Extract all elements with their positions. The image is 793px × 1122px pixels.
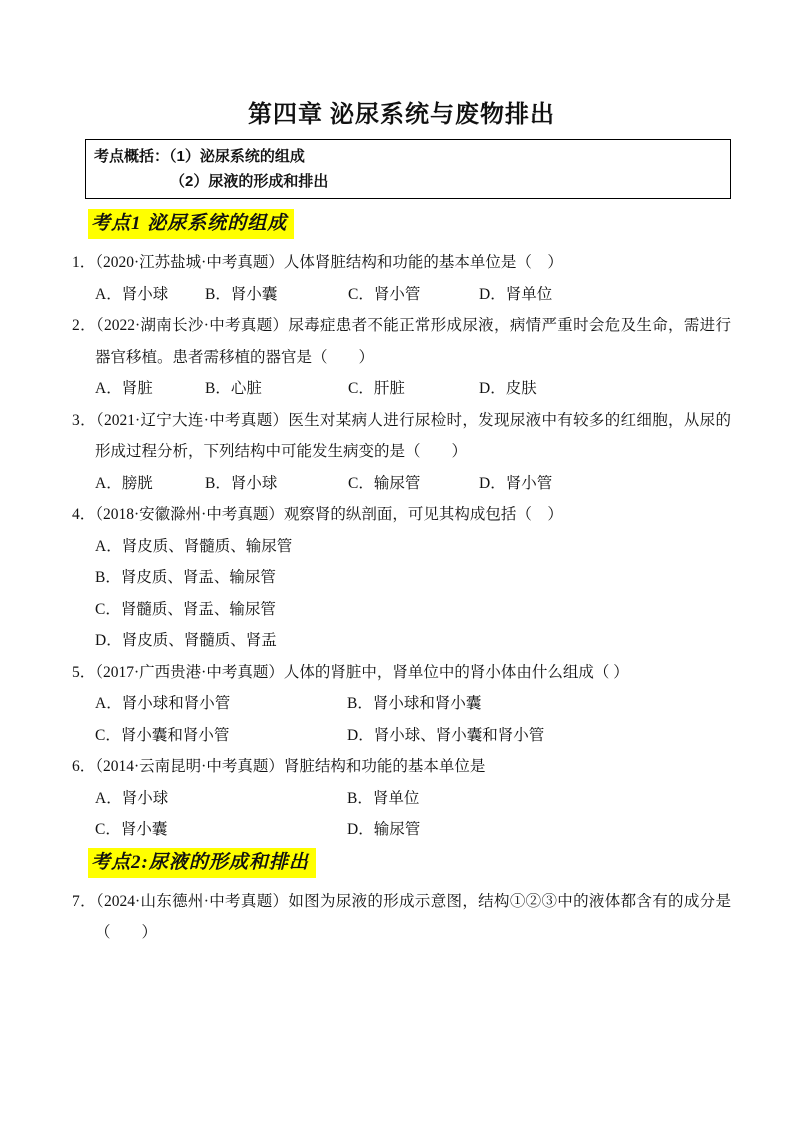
question-number: 2． <box>72 317 96 334</box>
section-heading-1: 考点1 泌尿系统的组成 <box>88 209 294 239</box>
question-number: 4． <box>72 506 95 523</box>
question-stem: 5．（2017·广西贵港·中考真题）人体的肾脏中，肾单位中的肾小体由什么组成（ … <box>72 657 731 689</box>
question-2: 2．（2022·湖南长沙·中考真题）尿毒症患者不能正常形成尿液，病情严重时会危及… <box>72 310 731 405</box>
option-a: A．肾小球和肾小管 <box>95 688 347 720</box>
question-stem: 1．（2020·江苏盐城·中考真题）人体肾脏结构和功能的基本单位是（ ） <box>72 247 731 279</box>
question-options: A．肾皮质、肾髓质、输尿管 B．肾皮质、肾盂、输尿管 C．肾髓质、肾盂、输尿管 … <box>95 531 731 657</box>
option-b: B．肾小球 <box>205 468 348 500</box>
summary-item-1: （1）泌尿系统的组成 <box>169 148 305 165</box>
option-c: C．肾髓质、肾盂、输尿管 <box>95 594 731 626</box>
question-6: 6．（2014·云南昆明·中考真题）肾脏结构和功能的基本单位是 A．肾小球 B．… <box>72 751 731 846</box>
question-list: 1．（2020·江苏盐城·中考真题）人体肾脏结构和功能的基本单位是（ ） A．肾… <box>72 247 731 846</box>
option-a: A．肾脏 <box>95 373 205 405</box>
question-4: 4．（2018·安徽滁州·中考真题）观察肾的纵剖面，可见其构成包括（ ） A．肾… <box>72 499 731 657</box>
page-content: 第四章 泌尿系统与废物排出 考点概括：（1）泌尿系统的组成 （2）尿液的形成和排… <box>0 0 793 949</box>
option-a: A．肾小球 <box>95 279 205 311</box>
option-d: D．输尿管 <box>347 814 731 846</box>
section-2: 考点2:尿液的形成和排出 <box>72 848 731 878</box>
option-a: A．肾小球 <box>95 783 347 815</box>
option-c: C．肝脏 <box>348 373 479 405</box>
question-options: A．肾小球和肾小管 B．肾小球和肾小囊 C．肾小囊和肾小管 D．肾小球、肾小囊和… <box>95 688 731 751</box>
question-stem: 7．（2024·山东德州·中考真题）如图为尿液的形成示意图，结构①②③中的液体都… <box>72 886 731 949</box>
question-text: （2020·江苏盐城·中考真题）人体肾脏结构和功能的基本单位是（ ） <box>95 254 563 271</box>
question-7: 7．（2024·山东德州·中考真题）如图为尿液的形成示意图，结构①②③中的液体都… <box>72 886 731 949</box>
document-page: 第四章 泌尿系统与废物排出 考点概括：（1）泌尿系统的组成 （2）尿液的形成和排… <box>0 0 793 1122</box>
question-number: 5． <box>72 664 95 681</box>
option-a: A．膀胱 <box>95 468 205 500</box>
question-options: A．肾小球 B．肾小囊 C．肾小管 D．肾单位 <box>95 279 731 311</box>
question-options: A．肾脏 B．心脏 C．肝脏 D．皮肤 <box>95 373 731 405</box>
question-5: 5．（2017·广西贵港·中考真题）人体的肾脏中，肾单位中的肾小体由什么组成（ … <box>72 657 731 752</box>
option-b: B．肾皮质、肾盂、输尿管 <box>95 562 731 594</box>
question-text: （2014·云南昆明·中考真题）肾脏结构和功能的基本单位是 <box>95 758 485 775</box>
option-b: B．心脏 <box>205 373 348 405</box>
option-d: D．肾小管 <box>479 468 731 500</box>
option-d: D．皮肤 <box>479 373 731 405</box>
option-b: B．肾小囊 <box>205 279 348 311</box>
question-options: A．肾小球 B．肾单位 C．肾小囊 D．输尿管 <box>95 783 731 846</box>
question-text: （2021·辽宁大连·中考真题）医生对某病人进行尿检时，发现尿液中有较多的红细胞… <box>95 412 731 461</box>
question-text: （2017·广西贵港·中考真题）人体的肾脏中，肾单位中的肾小体由什么组成（ ） <box>95 664 628 681</box>
question-number: 1． <box>72 254 95 271</box>
option-c: C．输尿管 <box>348 468 479 500</box>
question-number: 3． <box>72 412 96 429</box>
section-1: 考点1 泌尿系统的组成 <box>72 209 731 239</box>
summary-item-2: （2）尿液的形成和排出 <box>170 173 328 190</box>
summary-box: 考点概括：（1）泌尿系统的组成 （2）尿液的形成和排出 <box>85 139 731 199</box>
option-d: D．肾皮质、肾髓质、肾盂 <box>95 625 731 657</box>
question-stem: 2．（2022·湖南长沙·中考真题）尿毒症患者不能正常形成尿液，病情严重时会危及… <box>72 310 731 373</box>
option-c: C．肾小囊 <box>95 814 347 846</box>
option-b: B．肾小球和肾小囊 <box>347 688 731 720</box>
summary-label: 考点概括： <box>94 148 169 165</box>
option-d: D．肾小球、肾小囊和肾小管 <box>347 720 731 752</box>
question-text: （2018·安徽滁州·中考真题）观察肾的纵剖面，可见其构成包括（ ） <box>95 506 563 523</box>
question-1: 1．（2020·江苏盐城·中考真题）人体肾脏结构和功能的基本单位是（ ） A．肾… <box>72 247 731 310</box>
question-stem: 6．（2014·云南昆明·中考真题）肾脏结构和功能的基本单位是 <box>72 751 731 783</box>
question-number: 6． <box>72 758 95 775</box>
question-stem: 4．（2018·安徽滁州·中考真题）观察肾的纵剖面，可见其构成包括（ ） <box>72 499 731 531</box>
page-title: 第四章 泌尿系统与废物排出 <box>72 100 731 130</box>
question-text: （2024·山东德州·中考真题）如图为尿液的形成示意图，结构①②③中的液体都含有… <box>95 893 731 942</box>
option-a: A．肾皮质、肾髓质、输尿管 <box>95 531 731 563</box>
section-heading-2: 考点2:尿液的形成和排出 <box>88 848 316 878</box>
summary-line-2: （2）尿液的形成和排出 <box>94 169 720 194</box>
question-options: A．膀胱 B．肾小球 C．输尿管 D．肾小管 <box>95 468 731 500</box>
option-b: B．肾单位 <box>347 783 731 815</box>
question-number: 7． <box>72 893 96 910</box>
summary-line-1: 考点概括：（1）泌尿系统的组成 <box>94 144 720 169</box>
question-3: 3．（2021·辽宁大连·中考真题）医生对某病人进行尿检时，发现尿液中有较多的红… <box>72 405 731 500</box>
option-c: C．肾小管 <box>348 279 479 311</box>
option-c: C．肾小囊和肾小管 <box>95 720 347 752</box>
option-d: D．肾单位 <box>479 279 731 311</box>
question-text: （2022·湖南长沙·中考真题）尿毒症患者不能正常形成尿液，病情严重时会危及生命… <box>95 317 731 366</box>
question-stem: 3．（2021·辽宁大连·中考真题）医生对某病人进行尿检时，发现尿液中有较多的红… <box>72 405 731 468</box>
